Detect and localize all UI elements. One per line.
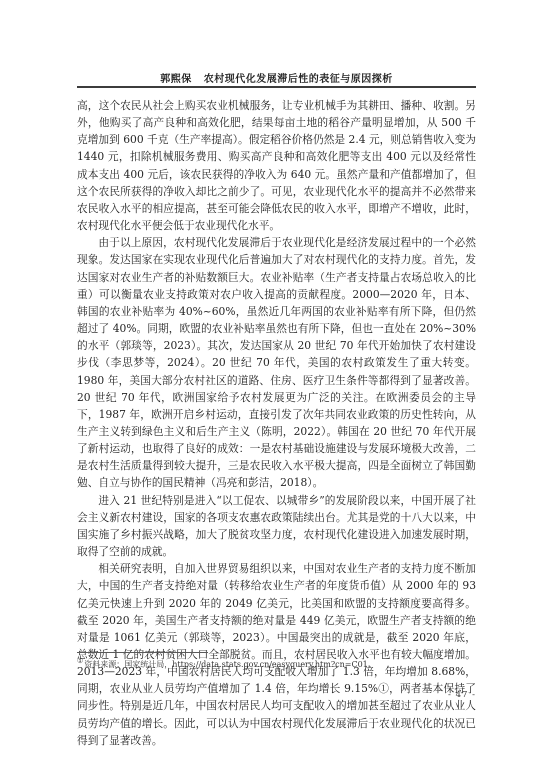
- paragraph-continuation: 高，这个农民从社会上购买农业机械服务，让专业机械手为其耕田、播种、收割。另外，他…: [77, 97, 476, 234]
- running-head: 郭熙保农村现代化发展滞后性的表征与原因探析: [77, 70, 476, 85]
- running-head-author: 郭熙保: [160, 74, 192, 85]
- header-rule: [77, 86, 476, 88]
- footnote-text: 资料来源：国家统计局，https://data.stats.gov.cn/eas…: [84, 660, 375, 669]
- paragraph: 进入 21 世纪特别是进入“以工促农、以城带乡”的发展阶段以来，中国开展了社会主…: [77, 492, 476, 561]
- footnote: ①资料来源：国家统计局，https://data.stats.gov.cn/ea…: [77, 659, 476, 670]
- running-head-title: 农村现代化发展滞后性的表征与原因探析: [204, 74, 393, 85]
- paragraph: 由于以上原因，农村现代化发展滞后于农业现代化是经济发展过程中的一个必然现象。发达…: [77, 234, 476, 491]
- page-number: - 47 -: [77, 690, 476, 700]
- footnote-area: ①资料来源：国家统计局，https://data.stats.gov.cn/ea…: [77, 652, 476, 670]
- footnote-marker: ①: [77, 657, 83, 665]
- document-page: 郭熙保农村现代化发展滞后性的表征与原因探析 高，这个农民从社会上购买农业机械服务…: [0, 0, 553, 782]
- footnote-rule: [77, 652, 208, 653]
